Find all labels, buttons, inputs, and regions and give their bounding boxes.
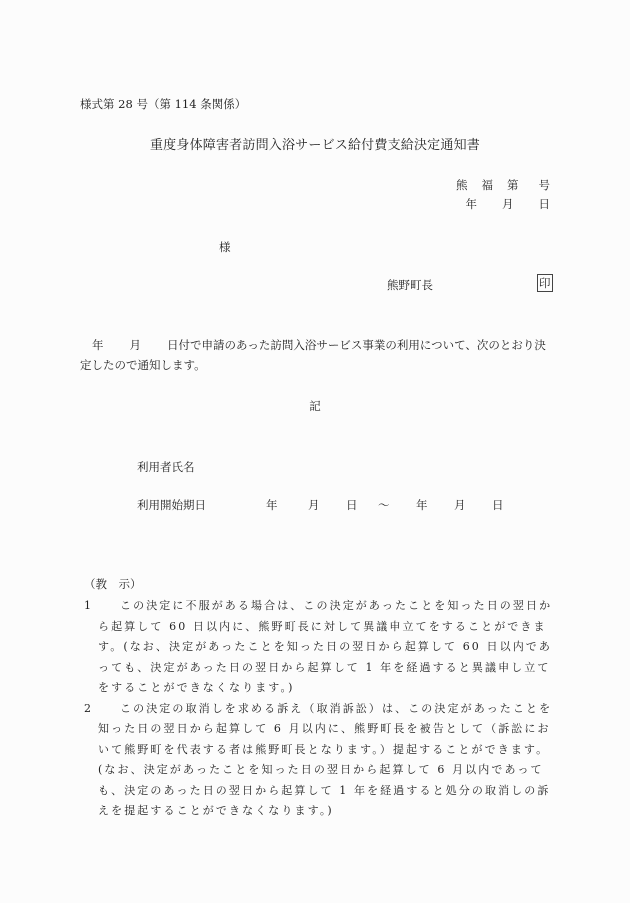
period-separator: ～ [378,497,416,513]
ref-char: 第 [507,177,519,193]
ref-char: 福 [482,177,494,193]
notice-item-number: 1 [84,596,93,617]
issue-date: 年月日 [441,196,551,212]
notice-item-number: 2 [84,699,93,720]
notice-body-paragraph: 年月日付で申請のあった訪問入浴サービス事業の利用について、次のとおり決定したので… [80,335,555,375]
reference-number: 熊福第号 [442,177,550,193]
end-month-label: 月 [454,497,492,513]
ref-char: 号 [539,177,551,193]
end-day-label: 日 [492,497,504,513]
addressee-suffix: 様 [219,239,231,255]
month-label: 月 [502,196,514,212]
issuer-name: 熊野町長 [387,277,433,293]
notice-item-text: この決定に不服がある場合は、この決定があったことを知った日の翌日から起算して 6… [98,599,552,694]
start-day-label: 日 [346,497,378,513]
notice-item-text: この決定の取消しを求める訴え（取消訴訟）は、この決定があったことを知った日の翌日… [98,702,552,818]
seal-mark: 印 [537,274,553,292]
user-name-label: 利用者氏名 [137,459,195,475]
year-label: 年 [466,196,478,212]
form-number: 様式第 28 号（第 114 条関係） [80,96,246,112]
usage-period-values: 年月日～年月日 [266,497,504,513]
document-title: 重度身体障害者訪問入浴サービス給付費支給決定通知書 [0,134,630,153]
year-label: 年 [92,338,104,352]
body-text: 日付で申請のあった訪問入浴サービス事業の利用について、次のとおり決定したので通知… [80,338,546,372]
notice-heading: （教 示） [84,576,142,592]
usage-period-label: 利用開始期日 [137,497,206,513]
ref-char: 熊 [456,177,468,193]
notice-list: 1 この決定に不服がある場合は、この決定があったことを知った日の翌日から起算して… [84,596,554,822]
notice-item: 1 この決定に不服がある場合は、この決定があったことを知った日の翌日から起算して… [84,596,554,699]
start-year-label: 年 [266,497,308,513]
ki-heading: 記 [0,398,630,414]
notice-item: 2 この決定の取消しを求める訴え（取消訴訟）は、この決定があったことを知った日の… [84,699,554,822]
day-label: 日 [539,196,551,212]
month-label: 月 [130,338,142,352]
start-month-label: 月 [308,497,346,513]
end-year-label: 年 [416,497,454,513]
